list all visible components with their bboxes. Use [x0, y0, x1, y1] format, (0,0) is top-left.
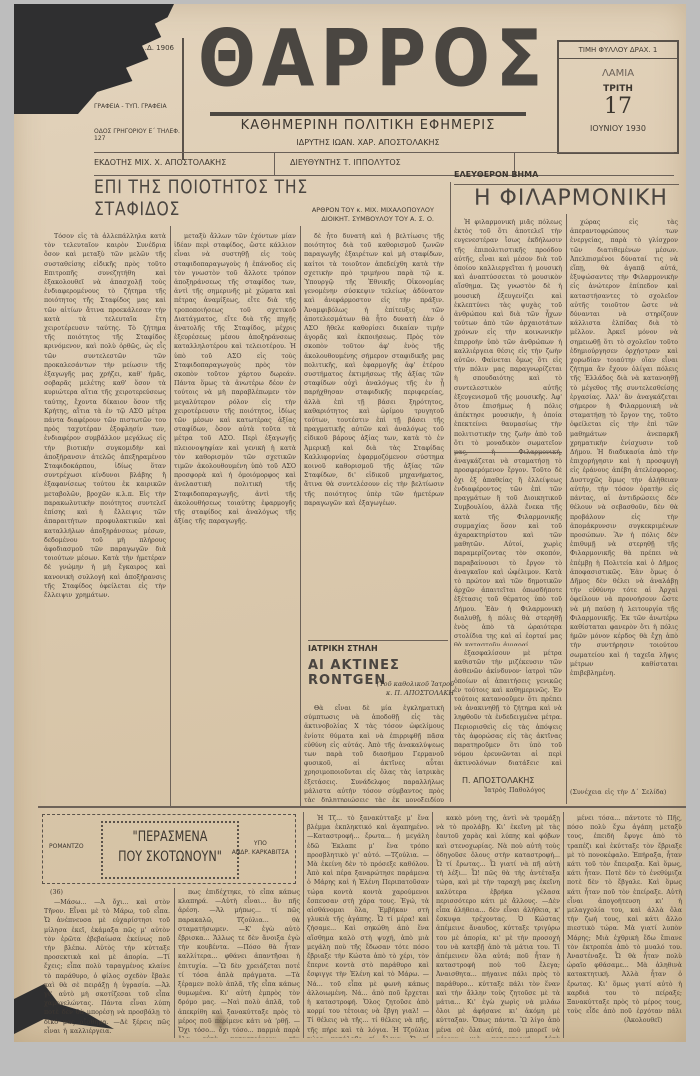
xray-col-2: ἐξασφαλίσουν μὲ μέτρα καθιστῶν τὴν μιζέκ…	[454, 649, 562, 765]
column-rule	[450, 182, 451, 802]
price-label: ΤΙΜΗ ΦΥΛΛΟΥ ΔΡΑΧ. 1	[559, 46, 677, 59]
column-rule	[174, 888, 175, 1038]
serial-col-2: πως ἐπιδέχτηκε, τὸ εἶπα κάπως κλαπηρά. —…	[178, 888, 300, 1038]
serial-col-3: Ἡ Τζ... τὸ ξανακύτταξε μ' ἕνα βλέμμα ἐκπ…	[307, 814, 429, 1038]
headline-filarmoniki: Η ΦΙΛΑΡΜΟΝΙΚΗ	[474, 186, 700, 211]
serial-author: ΥΠΟ ΑΝΔΡ. ΚΑΡΚΑΒΙΤΣΑ	[232, 839, 289, 857]
column-rule	[563, 812, 564, 1038]
serial-title-line-1: "ΠΕΡΑΣΜΕΝΑ	[116, 829, 223, 845]
byline-xray: (Τοῦ καθολικοῦ Ἰατροῦ κ. Π. ΑΠΟΣΤΟΛΑΚΗ	[314, 680, 454, 698]
filarmoniki-col-2: χώρας εἰς τὰς ἀπεραντοφρώπους των ἐνεργε…	[570, 218, 678, 774]
filarmoniki-col-1: Ἡ φιλαρμονικὴ μιᾶς πόλεως ἐκτὸς τοῦ ὅτι …	[454, 218, 562, 646]
day-number: 17	[559, 94, 677, 119]
staff-bar: ΕΚΔΟΤΗΣ ΜΙΧ. Χ. ΑΠΟΣΤΟΛΑΚΗΣ ΔΙΕΥΘΥΝΤΗΣ Τ…	[94, 152, 674, 176]
byline-line-1: (Τοῦ καθολικοῦ Ἰατροῦ	[314, 680, 454, 689]
title-rule	[210, 112, 526, 116]
weekday-label: ΤΡΙΤΗ	[559, 84, 677, 94]
founded-year: ...Δ. 1906	[140, 44, 174, 52]
newspaper-page: ...Δ. 1906 ΓΡΑΦΕΙΑ - ΤΥΠ. ΓΡΑΦΕΙΑ ΟΔΟΣ Γ…	[14, 4, 686, 1042]
section-rule	[454, 184, 679, 185]
masthead-left-box: ...Δ. 1906 ΓΡΑΦΕΙΑ - ΤΥΠ. ΓΡΑΦΕΙΑ ΟΔΟΣ Γ…	[54, 38, 184, 160]
column-rule	[566, 214, 567, 804]
serial-title-frame: "ΠΕΡΑΣΜΕΝΑ ΠΟΥ ΣΚΟΤΩΝΟΥΝ"	[101, 821, 239, 879]
address-label: ΟΔΟΣ ΓΡΗΓΟΡΙΟΥ Ε΄ ΤΗΛΕΦ. 127	[94, 128, 182, 142]
byline-stafida: ΑΡΘΡΟΝ ΤΟΥ κ. ΜΙΧ. ΜΙΧΑΛΟΠΟΥΛΟΥ ΔΙΟΙΚΗΤ.…	[264, 206, 434, 224]
xray-signature-title: Ἰατρὸς Παθολόγος	[484, 786, 574, 798]
column-rule	[170, 226, 171, 806]
byline-line-2: κ. Π. ΑΠΟΣΤΟΛΑΚΗ	[314, 689, 454, 698]
column-rule	[300, 226, 301, 806]
serial-tag: ΡΟΜΑΝΤΖΟ	[49, 843, 84, 850]
stafida-col-1: Τόσον εἰς τὰ ἀλλεπάλληλα κατὰ τὸν τελευτ…	[44, 232, 166, 802]
newspaper-subtitle: ΚΑΘΗΜΕΡΙΝΗ ΠΟΛΙΤΙΚΗ ΕΦΗΜΕΡΙΣ	[198, 118, 538, 133]
stafida-col-3: δὲ ἦτο δυνατὴ καὶ ἡ βελτίωσις τῆς ποιότη…	[304, 232, 444, 636]
column-rule	[432, 812, 433, 1038]
byline-line-1: ΑΡΘΡΟΝ ΤΟΥ κ. ΜΙΧ. ΜΙΧΑΛΟΠΟΥΛΟΥ	[264, 206, 434, 215]
founder-line: ΙΔΡΥΤΗΣ ΙΩΑΝ. ΧΑΡ. ΑΠΟΣΤΟΛΑΚΗΣ	[198, 138, 538, 147]
serial-col-5: μένει τόσα... πάντοτε τὸ Πῆς, πόσο πολὺ …	[567, 814, 682, 1014]
stafida-col-2: μεταξὺ ἄλλων τῶν ἐχόντων μίαν ἰδέαν περὶ…	[174, 232, 296, 802]
byline-line-2: ΔΙΟΙΚΗΤ. ΣΥΜΒΟΥΛΟΥ ΤΟΥ Α. Σ. Ο.	[264, 215, 434, 224]
section-rule	[38, 806, 686, 808]
section-iatriki: ΙΑΤΡΙΚΗ ΣΤΗΛΗ	[308, 644, 378, 653]
continued-note: (Συνέχεια εἰς τὴν Δ΄ Σελίδα)	[570, 788, 682, 800]
author-name: ΑΝΔΡ. ΚΑΡΚΑΒΙΤΣΑ	[232, 848, 289, 857]
column-rule	[303, 812, 304, 1038]
serial-title-line-2: ΠΟΥ ΣΚΟΤΩΝΟΥΝ"	[116, 849, 223, 865]
date-box: ΤΙΜΗ ΦΥΛΛΟΥ ΔΡΑΧ. 1 ΛΑΜΙΑ ΤΡΙΤΗ 17 ΙΟΥΝΙ…	[557, 40, 679, 154]
section-eleftheron-vima: ΕΛΕΥΘΕΡΟΝ ΒΗΜΑ	[454, 170, 538, 179]
by-label: ΥΠΟ	[232, 839, 289, 848]
serial-col-4: κακὸ μόνη της, ἀντὶ νὰ τρομάξῃ νὰ τὸ προ…	[436, 814, 560, 1038]
newspaper-title: ΘΑΡΡΟΣ	[198, 16, 528, 103]
divider	[274, 153, 275, 175]
city-label: ΛΑΜΙΑ	[559, 68, 677, 79]
publisher-label: ΕΚΔΟΤΗΣ ΜΙΧ. Χ. ΑΠΟΣΤΟΛΑΚΗΣ	[94, 158, 226, 167]
serial-col-1: —Μάσω... —Ἀ ὄχι... καὶ στὸν Τῆνον. Εἶναι…	[44, 898, 170, 1038]
paragraph-rule	[454, 452, 562, 453]
installment-number: (36)	[50, 888, 150, 898]
xray-signature-name: Π. ΑΠΟΣΤΟΛΑΚΗΣ	[462, 776, 534, 785]
section-rule	[308, 640, 448, 641]
month-year: ΙΟΥΝΙΟΥ 1930	[559, 124, 677, 133]
offices-label: ΓΡΑΦΕΙΑ - ΤΥΠ. ΓΡΑΦΕΙΑ	[94, 103, 167, 110]
serial-banner: ΡΟΜΑΝΤΖΟ "ΠΕΡΑΣΜΕΝΑ ΠΟΥ ΣΚΟΤΩΝΟΥΝ" ΥΠΟ Α…	[42, 814, 296, 884]
serial-continued: (Ἀκολουθεῖ)	[624, 1016, 684, 1028]
director-label: ΔΙΕΥΘΥΝΤΗΣ Τ. ΙΠΠΟΛΥΤΟΣ	[290, 158, 401, 167]
xray-col-1: Θὰ εἶναι δὲ μία ἐγκληματικὴ σύμπτωσις νὰ…	[304, 704, 444, 802]
